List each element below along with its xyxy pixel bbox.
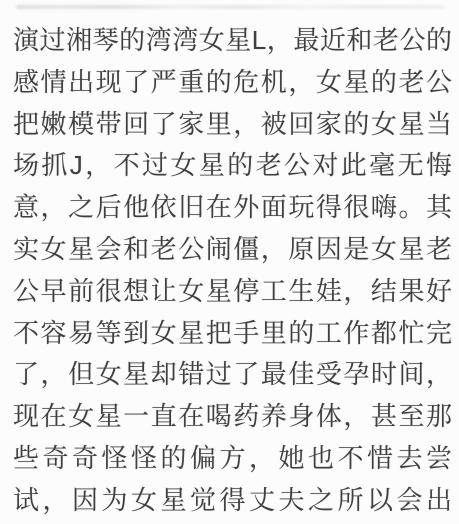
text-screenshot-page: 演过湘琴的湾湾女星L，最近和老公的 感情出现了严重的危机，女星的老公 把嫩模带回… bbox=[0, 0, 459, 524]
text-line: 感情出现了严重的危机，女星的老公 bbox=[13, 62, 452, 104]
text-line: 演过湘琴的湾湾女星L，最近和老公的 bbox=[13, 20, 452, 62]
text-line: 实女星会和老公闹僵，原因是女星老 bbox=[13, 229, 452, 271]
text-line: 试，因为女星觉得丈夫之所以会出 bbox=[13, 480, 452, 522]
cropped-line-artifact bbox=[16, 5, 445, 9]
text-line: 现在女星一直在喝药养身体，甚至那 bbox=[13, 396, 452, 438]
text-line: 些奇奇怪怪的偏方，她也不惜去尝 bbox=[13, 438, 452, 480]
text-line: 公早前很想让女星停工生娃，结果好 bbox=[13, 271, 452, 313]
text-line: 了，但女星却错过了最佳受孕时间， bbox=[13, 354, 452, 396]
article-text-block: 演过湘琴的湾湾女星L，最近和老公的 感情出现了严重的危机，女星的老公 把嫩模带回… bbox=[13, 20, 452, 522]
text-line: 不容易等到女星把手里的工作都忙完 bbox=[13, 313, 452, 355]
text-line: 把嫩模带回了家里，被回家的女星当 bbox=[13, 104, 452, 146]
text-line: 场抓J，不过女星的老公对此毫无悔 bbox=[13, 145, 452, 187]
text-line: 意，之后他依旧在外面玩得很嗨。其 bbox=[13, 187, 452, 229]
